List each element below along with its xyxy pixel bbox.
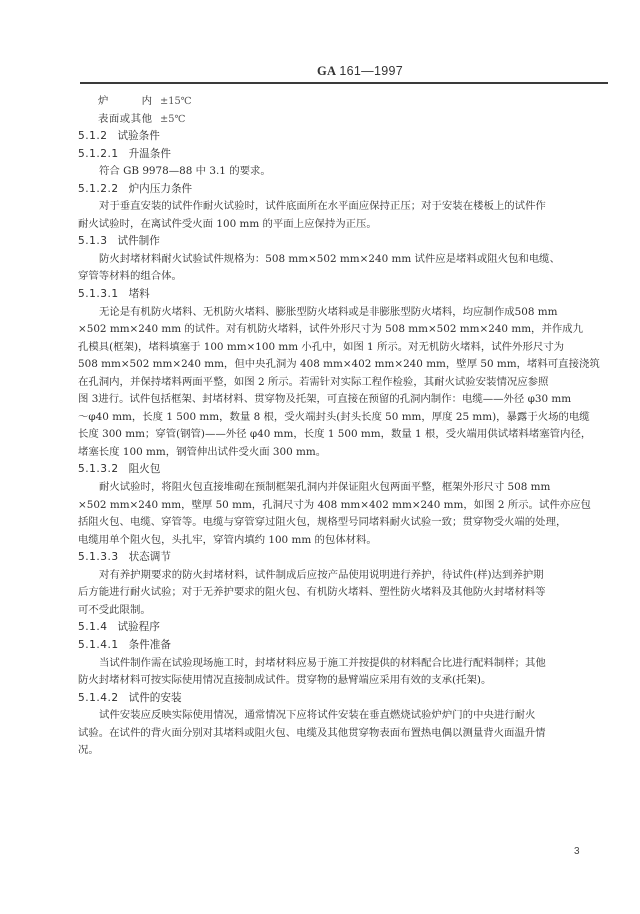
paragraph-line: 长度 300 mm；穿管(钢管)——外径 φ40 mm，长度 1 500 mm，…: [78, 426, 598, 444]
section-heading: 5.1.4试验程序: [78, 619, 598, 637]
tolerance-row: 表面或其他±5℃: [78, 111, 598, 129]
section-number: 5.1.4: [78, 619, 107, 637]
standard-code-prefix: GA: [317, 64, 336, 78]
paragraph-first-line: 试件安装应反映实际使用情况，通常情况下应将试件安装在垂直燃烧试验炉炉门的中央进行…: [78, 707, 598, 725]
section-title: 阻火包: [129, 463, 161, 475]
paragraph-line: 试验。在试件的背火面分别对其堵料或阻火包、电缆及其他贯穿物表面布置热电偶以测量背…: [78, 725, 598, 743]
section-number: 5.1.2: [78, 128, 107, 146]
section-number: 5.1.3.3: [78, 549, 119, 567]
section-title: 试验条件: [117, 130, 159, 142]
paragraph-first-line: 耐火试验时，将阻火包直接堆砌在预制框架孔洞内并保证阻火包两面平整，框架外形尺寸 …: [78, 479, 598, 497]
section-heading: 5.1.3试件制作: [78, 233, 598, 251]
section-number: 5.1.4.1: [78, 637, 119, 655]
section-title: 状态调节: [129, 551, 171, 563]
standard-code-number: 161—1997: [339, 64, 403, 78]
section-heading: 5.1.4.2试件的安装: [78, 690, 598, 708]
paragraph-line: 耐火试验时，在离试件受火面 100 mm 的平面上应保持为正压。: [78, 216, 598, 234]
paragraph-line: ×502 mm×240 mm，壁厚 50 mm，孔洞尺寸为 408 mm×402…: [78, 497, 598, 515]
paragraph-line: 在孔洞内，并保持堵料两面平整，如图 2 所示。若需针对实际工程作检验，其耐火试验…: [78, 374, 598, 392]
tolerance-value: ±5℃: [160, 114, 185, 125]
paragraph-first-line: 符合 GB 9978—88 中 3.1 的要求。: [78, 163, 598, 181]
paragraph-first-line: 无论是有机防火堵料、无机防火堵料、膨胀型防火堵料或是非膨胀型防火堵料，均应制作成…: [78, 304, 598, 322]
page-number: 3: [574, 846, 580, 857]
paragraph-line: 后方能进行耐火试验；对于无养护要求的阻火包、有机防火堵料、塑性防火堵料及其他防火…: [78, 584, 598, 602]
section-heading: 5.1.3.2阻火包: [78, 461, 598, 479]
section-number: 5.1.4.2: [78, 690, 119, 708]
paragraph-line: 防火封堵材料可按实际使用情况直接制成试件。贯穿物的悬臂端应采用有效的支承(托架)…: [78, 672, 598, 690]
section-heading: 5.1.2试验条件: [78, 128, 598, 146]
text-lines: 5.1.2试验条件5.1.2.1升温条件符合 GB 9978—88 中 3.1 …: [78, 128, 598, 760]
section-number: 5.1.3: [78, 233, 107, 251]
paragraph-line: 可不受此限制。: [78, 602, 598, 620]
section-number: 5.1.2.1: [78, 146, 119, 164]
tolerance-label: 炉 内: [98, 93, 152, 111]
paragraph-first-line: 对有养护期要求的防火封堵材料，试件制成后应按产品使用说明进行养护，待试件(样)达…: [78, 567, 598, 585]
document-page: GA161—1997 炉 内±15℃ 表面或其他±5℃ 5.1.2试验条件5.1…: [0, 0, 640, 914]
paragraph-line: 508 mm×502 mm×240 mm，但中央孔洞为 408 mm×402 m…: [78, 356, 598, 374]
section-number: 5.1.3.1: [78, 286, 119, 304]
paragraph-line: ～φ40 mm，长度 1 500 mm，数量 8 根，受火端封头(封头长度 50…: [78, 409, 598, 427]
section-heading: 5.1.4.1条件准备: [78, 637, 598, 655]
paragraph-line: 堵塞长度 100 mm，钢管伸出试件受火面 300 mm。: [78, 444, 598, 462]
section-heading: 5.1.3.1堵料: [78, 286, 598, 304]
section-title: 升温条件: [129, 148, 171, 160]
tolerance-value: ±15℃: [160, 96, 192, 107]
standard-code-header: GA161—1997: [300, 64, 420, 79]
paragraph-line: 穿管等材料的组合体。: [78, 268, 598, 286]
section-number: 5.1.2.2: [78, 181, 119, 199]
tolerance-label: 表面或其他: [98, 111, 152, 129]
paragraph-line: 孔模具(框架)，堵料填塞于 100 mm×100 mm 小孔中，如图 1 所示。…: [78, 339, 598, 357]
section-title: 试验程序: [117, 621, 159, 633]
paragraph-first-line: 对于垂直安装的试件作耐火试验时，试件底面所在水平面应保持正压；对于安装在楼板上的…: [78, 198, 598, 216]
paragraph-line: 图 3进行。试件包括框架、封堵材料、贯穿物及托架，可直接在预留的孔洞内制作：电缆…: [78, 391, 598, 409]
paragraph-line: 电缆用单个阻火包，头扎牢，穿管内填约 100 mm 的包体材料。: [78, 532, 598, 550]
section-title: 堵料: [129, 288, 150, 300]
tolerance-row: 炉 内±15℃: [78, 93, 598, 111]
paragraph-line: ×502 mm×240 mm 的试件。对有机防火堵料，试件外形尺寸为 508 m…: [78, 321, 598, 339]
paragraph-first-line: 防火封堵材料耐火试验试件规格为：508 mm×502 mm×240 mm 试件应…: [78, 251, 598, 269]
paragraph-line: 况。: [78, 742, 598, 760]
section-heading: 5.1.3.3状态调节: [78, 549, 598, 567]
section-title: 试件的安装: [129, 692, 182, 704]
document-body: 炉 内±15℃ 表面或其他±5℃ 5.1.2试验条件5.1.2.1升温条件符合 …: [78, 93, 598, 760]
section-heading: 5.1.2.1升温条件: [78, 146, 598, 164]
section-title: 条件准备: [129, 639, 171, 651]
header-rule: [80, 82, 608, 84]
paragraph-line: 括阻火包、电缆、穿管等。电缆与穿管穿过阻火包，规格型号同堵料耐火试验一致；贯穿物…: [78, 514, 598, 532]
section-number: 5.1.3.2: [78, 461, 119, 479]
section-heading: 5.1.2.2炉内压力条件: [78, 181, 598, 199]
section-title: 试件制作: [117, 235, 159, 247]
section-title: 炉内压力条件: [129, 183, 193, 195]
paragraph-first-line: 当试件制作需在试验现场施工时，封堵材料应易于施工并按提供的材料配合比进行配料制样…: [78, 655, 598, 673]
